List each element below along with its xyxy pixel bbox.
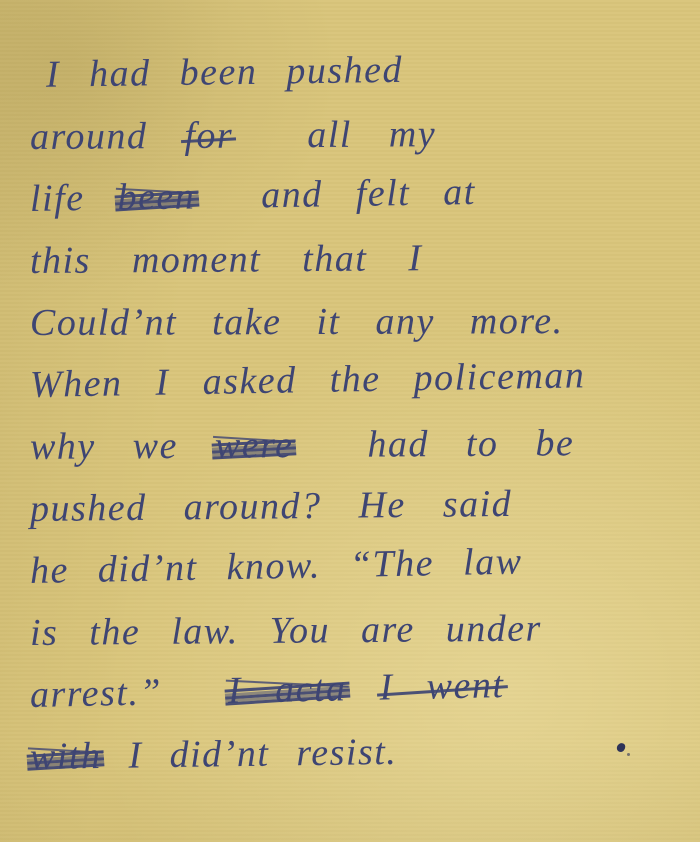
handwritten-note-scan: { "page": { "background_color": "#d9c57b… bbox=[0, 0, 700, 842]
note-body: I had been pushedaround for all mylife b… bbox=[0, 0, 700, 842]
ink-speck-small bbox=[627, 753, 630, 756]
note-text-segment: life bbox=[30, 177, 118, 220]
note-text-segment: he did’nt know. “The law bbox=[30, 541, 523, 592]
note-line: life been and felt at bbox=[30, 160, 679, 232]
note-text-segment: is the law. You are under bbox=[30, 608, 542, 654]
struck-text-segment: been bbox=[117, 167, 196, 226]
struck-text-segment: I acta bbox=[227, 659, 347, 719]
note-text-segment: around bbox=[30, 115, 185, 158]
note-line: When I asked the policeman bbox=[29, 345, 678, 418]
note-text-segment: Could’nt take it any more. bbox=[30, 300, 564, 344]
note-line: he did’nt know. “The law bbox=[29, 530, 678, 604]
note-text-segment: When I asked the policeman bbox=[30, 354, 586, 406]
note-line: arrest.” I acta I went bbox=[29, 652, 678, 728]
note-line: why we were had to be bbox=[30, 413, 678, 480]
struck-text-segment: with bbox=[30, 727, 102, 786]
note-line: with I did’nt resist. bbox=[30, 719, 679, 790]
note-line: this moment that I bbox=[30, 227, 678, 294]
struck-text-segment: were bbox=[215, 416, 294, 475]
struck-text-segment: I went bbox=[379, 656, 505, 717]
note-text-segment: all my bbox=[233, 113, 436, 156]
note-text-segment: I did’nt resist. bbox=[101, 731, 397, 777]
note-lines: I had been pushedaround for all mylife b… bbox=[30, 46, 678, 790]
note-text-segment: pushed around? He said bbox=[30, 483, 513, 530]
note-text-segment: arrest.” bbox=[30, 670, 229, 716]
note-line: around for all my bbox=[30, 103, 678, 170]
note-text-segment: and felt at bbox=[195, 171, 476, 217]
note-text-segment bbox=[346, 667, 380, 710]
note-text-segment: I had been pushed bbox=[46, 49, 404, 96]
note-line: I had been pushed bbox=[30, 37, 679, 108]
struck-text-segment: for bbox=[184, 107, 233, 165]
note-text-segment: this moment that I bbox=[30, 237, 423, 282]
note-text-segment: why we bbox=[30, 425, 215, 468]
note-text-segment: had to be bbox=[293, 422, 574, 466]
